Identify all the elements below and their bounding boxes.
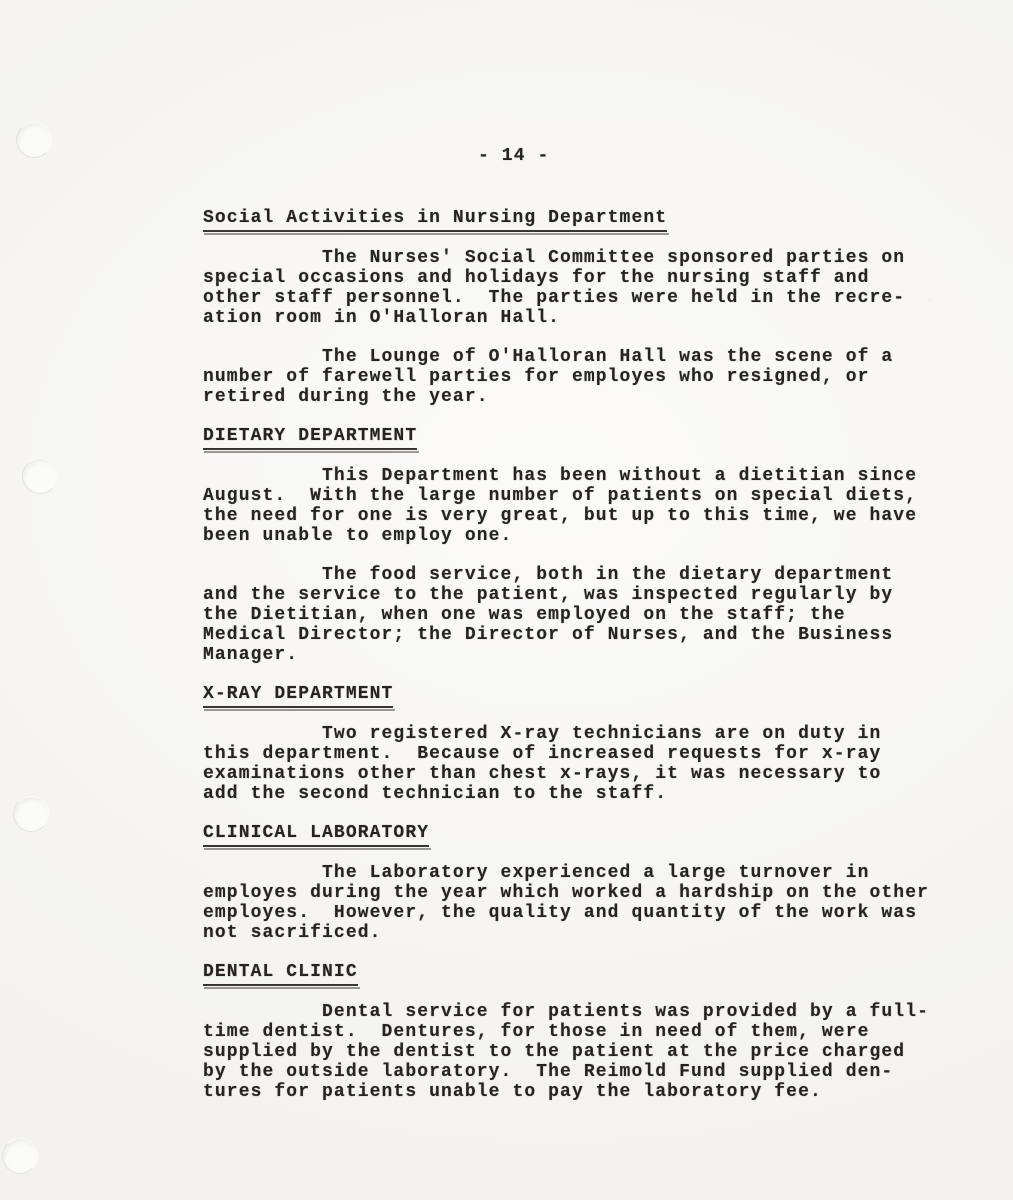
paragraph: Two registered X-ray technicians are on … — [203, 724, 963, 804]
punch-hole — [22, 458, 58, 494]
punch-hole — [16, 122, 52, 158]
paragraph: This Department has been without a dieti… — [203, 466, 963, 546]
paragraph: The Laboratory experienced a large turno… — [203, 863, 963, 943]
paragraph: The Nurses' Social Committee sponsored p… — [203, 248, 963, 328]
paragraph: The Lounge of O'Halloran Hall was the sc… — [203, 347, 963, 407]
punch-hole — [13, 796, 49, 832]
section-heading: DIETARY DEPARTMENT — [203, 426, 417, 450]
paragraph: Dental service for patients was provided… — [203, 1002, 963, 1102]
document-content: Social Activities in Nursing Department … — [203, 208, 963, 1121]
punch-hole — [2, 1138, 38, 1174]
section-heading: DENTAL CLINIC — [203, 962, 358, 986]
section-heading: X-RAY DEPARTMENT — [203, 684, 393, 708]
section-social-activities: Social Activities in Nursing Department — [203, 208, 963, 248]
section-clinical-laboratory: CLINICAL LABORATORY — [203, 823, 963, 863]
page-number: - 14 - — [478, 146, 549, 166]
section-heading: Social Activities in Nursing Department — [203, 208, 667, 232]
section-xray-department: X-RAY DEPARTMENT — [203, 684, 963, 724]
section-heading: CLINICAL LABORATORY — [203, 823, 429, 847]
section-dietary-department: DIETARY DEPARTMENT — [203, 426, 963, 466]
document-page: - 14 - Social Activities in Nursing Depa… — [0, 0, 1013, 1200]
section-dental-clinic: DENTAL CLINIC — [203, 962, 963, 1002]
paragraph: The food service, both in the dietary de… — [203, 565, 963, 665]
